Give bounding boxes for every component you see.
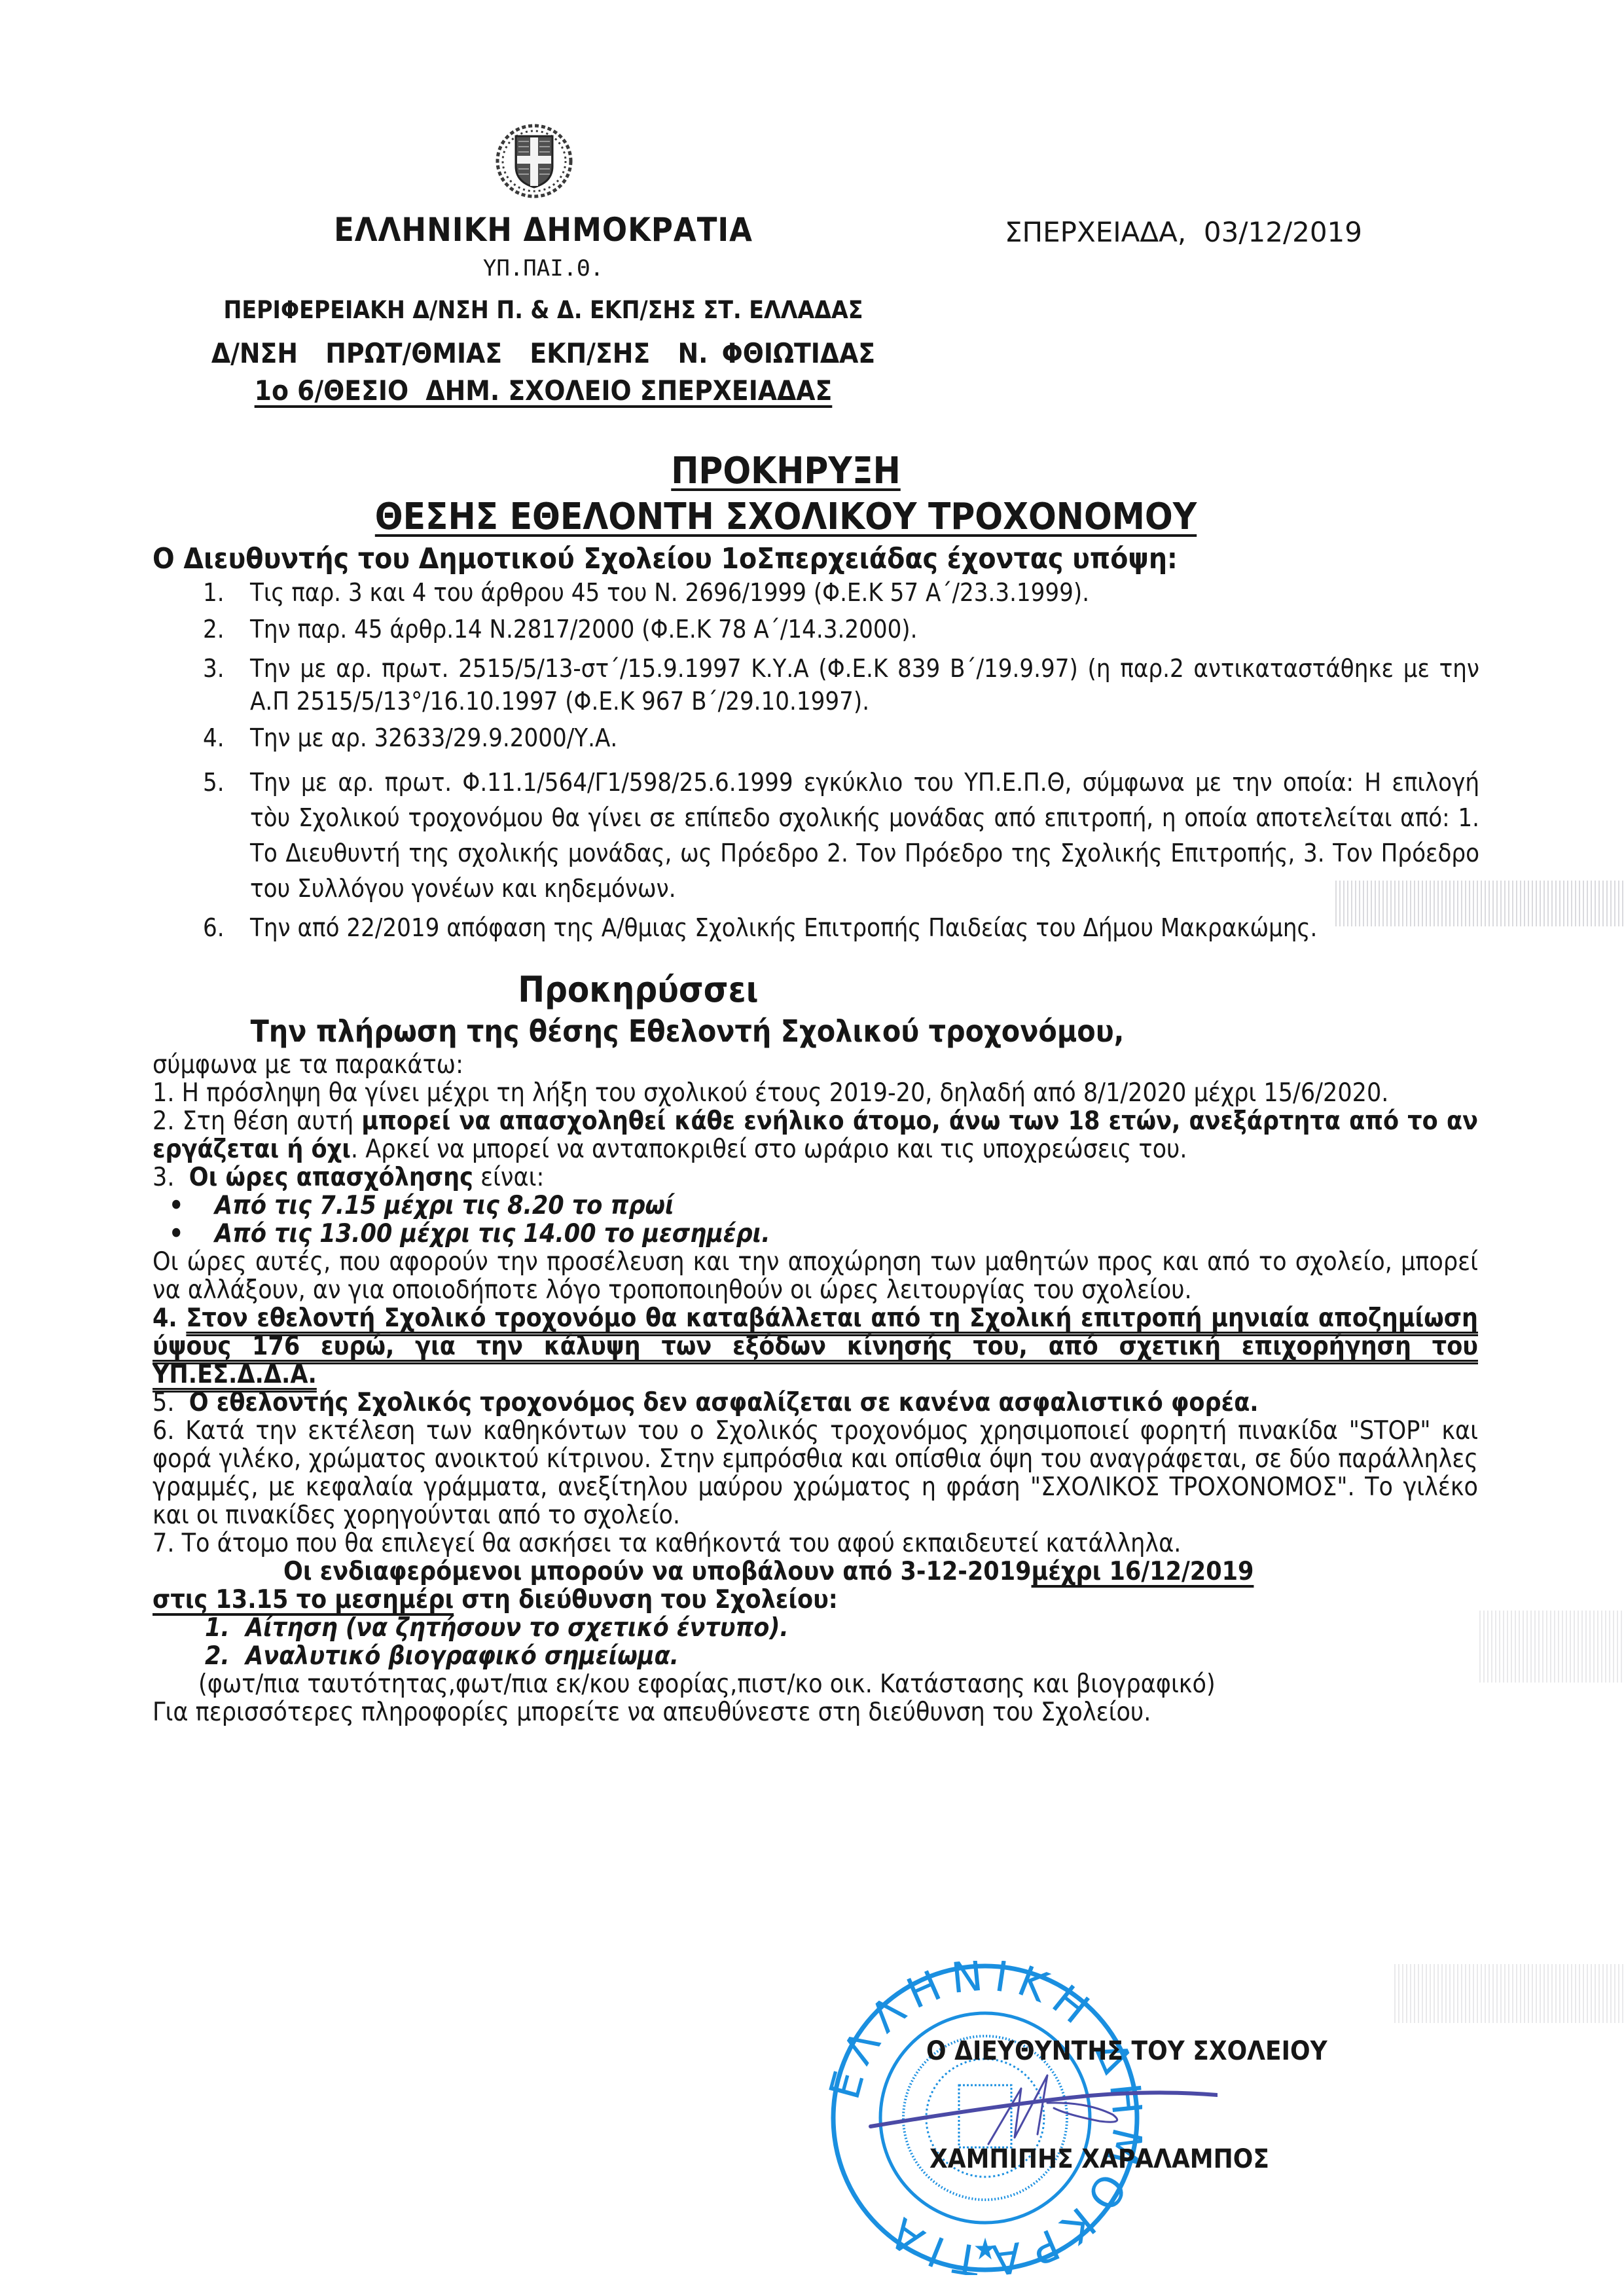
- consideration-item: 3.Την με αρ. πρωτ. 2515/5/13-στ΄/15.9.19…: [203, 652, 1479, 718]
- regional-directorate: ΠΕΡΙΦΕΡΕΙΑΚΗ Δ/ΝΣΗ Π. & Δ. ΕΚΠ/ΣΗΣ ΣΤ. Ε…: [167, 296, 920, 324]
- info-note: Για περισσότερες πληροφορίες μπορείτε να…: [153, 1698, 1478, 1726]
- term-3: 3. Οι ώρες απασχόλησης είναι:: [153, 1163, 1478, 1192]
- hours-note: Οι ώρες αυτές, που αφορούν την προσέλευσ…: [153, 1248, 1478, 1304]
- consideration-item: 2.Την παρ. 45 άρθρ.14 Ν.2817/2000 (Φ.Ε.Κ…: [203, 613, 1479, 646]
- required-document: 2. Αναλυτικό βιογραφικό σημείωμα.: [153, 1642, 1478, 1670]
- school-name: 1ο 6/ΘΕΣΙΟ ΔΗΜ. ΣΧΟΛΕΙΟ ΣΠΕΡΧΕΙΑΔΑΣ: [167, 374, 920, 407]
- proclaims-subheading: Την πλήρωση της θέσης Εθελοντή Σχολικού …: [0, 1013, 1375, 1049]
- primary-directorate: Δ/ΝΣΗ ΠΡΩΤ/ΘΜΙΑΣ ΕΚΠ/ΣΗΣ Ν. ΦΘΙΩΤΙΔΑΣ: [167, 337, 920, 369]
- consideration-item: 1.Τις παρ. 3 και 4 του άρθρου 45 του Ν. …: [203, 576, 1479, 609]
- document-title: ΠΡΟΚΗΡΥΞΗ: [0, 450, 1598, 492]
- scan-artifact: [1394, 1964, 1623, 2023]
- proclaims-heading: Προκηρύσσει: [0, 969, 1276, 1010]
- document-subtitle: ΘΕΣΗΣ ΕΘΕΛΟΝΤΗ ΣΧΟΛΙΚΟΥ ΤΡΟΧΟΝΟΜΟΥ: [0, 496, 1598, 538]
- required-document: 1. Αίτηση (να ζητήσουν το σχετικό έντυπο…: [153, 1614, 1478, 1642]
- term-5: 5. Ο εθελοντής Σχολικός τροχονόμος δεν α…: [153, 1389, 1478, 1417]
- scan-artifact: [1335, 881, 1623, 926]
- consideration-item: 4.Την με αρ. 32633/29.9.2000/Υ.Α.: [203, 721, 1479, 754]
- ministry-label: ΥΠ.ΠΑΙ.Θ.: [298, 255, 789, 282]
- terms-section: σύμφωνα με τα παρακάτω: 1. Η πρόσληψη θα…: [153, 1051, 1478, 1726]
- term-6: 6. Κατά την εκτέλεση των καθηκόντων του …: [153, 1417, 1478, 1529]
- term-1: 1. Η πρόσληψη θα γίνει μέχρι τη λήξη του…: [153, 1079, 1478, 1107]
- place-date: ΣΠΕΡΧΕΙΑΔΑ, 03/12/2019: [1005, 216, 1362, 248]
- republic-heading: ΕΛΛΗΝΙΚΗ ΔΗΜΟΚΡΑΤΙΑ: [298, 211, 789, 249]
- considerations-list: 1.Τις παρ. 3 και 4 του άρθρου 45 του Ν. …: [203, 576, 1479, 945]
- consideration-item: 6.Την από 22/2019 απόφαση της Α/θμιας Σχ…: [203, 910, 1479, 945]
- term-7: 7. Το άτομο που θα επιλεγεί θα ασκήσει τ…: [153, 1529, 1478, 1558]
- signatory-name: ΧΑΜΠΙΠΗΣ ΧΑΡΑΛΑΜΠΟΣ: [929, 2144, 1269, 2174]
- svg-text:★: ★: [973, 2231, 997, 2267]
- submission-deadline: Οι ενδιαφερόμενοι μπορούν να υποβάλουν α…: [153, 1558, 1478, 1586]
- intro-statement: Ο Διευθυντής του Δημοτικού Σχολείου 1οΣπ…: [153, 542, 1178, 575]
- term-4: 4. Στον εθελοντή Σχολικό τροχονόμο θα κα…: [153, 1304, 1478, 1389]
- hours-noon: Από τις 13.00 μέχρι τις 14.00 το μεσημέρ…: [153, 1220, 1478, 1248]
- hours-morning: Από τις 7.15 μέχρι τις 8.20 το πρωί: [153, 1192, 1478, 1220]
- attachments-note: (φωτ/πια ταυτότητας,φωτ/πια εκ/κου εφορί…: [153, 1670, 1478, 1698]
- consideration-item: 5.Την με αρ. πρωτ. Φ.11.1/564/Γ1/598/25.…: [203, 765, 1479, 906]
- term-2: 2. Στη θέση αυτή μπορεί να απασχοληθεί κ…: [153, 1107, 1478, 1163]
- terms-intro: σύμφωνα με τα παρακάτω:: [153, 1051, 1478, 1079]
- scan-artifact: [1479, 1611, 1623, 1683]
- coat-of-arms-icon: [490, 122, 579, 200]
- submission-deadline-cont: στις 13.15 το μεσημέρι στη διεύθυνση του…: [153, 1586, 1478, 1614]
